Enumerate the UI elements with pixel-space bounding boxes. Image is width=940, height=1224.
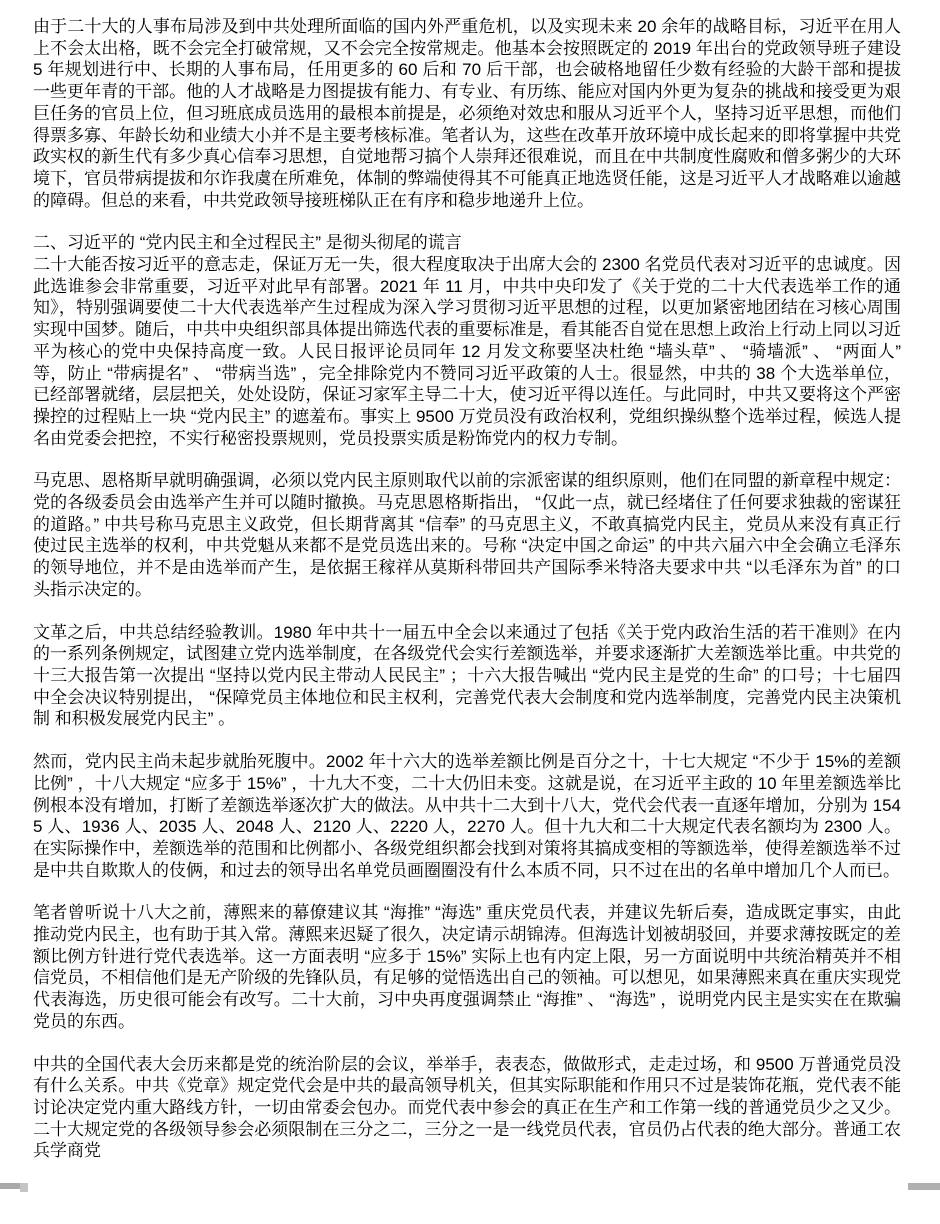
paragraph-personnel-strategy: 由于二十大的人事布局涉及到中共处理所面临的国内外严重危机，以及实现未来 20 余… bbox=[33, 16, 901, 211]
horizontal-scrollbar-thumb-edge[interactable] bbox=[20, 1183, 28, 1192]
horizontal-scrollbar-fragment-left[interactable] bbox=[0, 1183, 20, 1189]
document-page: 由于二十大的人事布局涉及到中共处理所面临的国内外严重危机，以及实现未来 20 余… bbox=[0, 0, 940, 1162]
paragraph-delegate-selection: 二十大能否按习近平的意志走，保证万无一失，很大程度取决于出席大会的 2300 名… bbox=[33, 254, 901, 449]
section-heading-inner-party-democracy: 二、习近平的 “党内民主和全过程民主” 是彻头彻尾的谎言 bbox=[33, 232, 901, 254]
paragraph-marx-engels: 马克思、恩格斯早就明确强调，必须以党内民主原则取代以前的宗派密谋的组织原则，他们… bbox=[33, 470, 901, 600]
paragraph-national-congress: 中共的全国代表大会历来都是党的统治阶层的会议，举举手，表表态，做做形式，走走过场… bbox=[33, 1054, 901, 1163]
paragraph-election-ratio: 然而，党内民主尚未起步就胎死腹中。2002 年十六大的选举差额比例是百分之十，十… bbox=[33, 751, 901, 881]
paragraph-bo-xilai: 笔者曾听说十八大之前，薄熙来的幕僚建议其 “海推” “海选” 重庆党员代表，并建… bbox=[33, 902, 901, 1032]
horizontal-scrollbar-fragment-right[interactable] bbox=[908, 1183, 940, 1190]
paragraph-post-cultural-revolution: 文革之后，中共总结经验教训。1980 年中共十一届五中全会以来通过了包括《关于党… bbox=[33, 622, 901, 731]
